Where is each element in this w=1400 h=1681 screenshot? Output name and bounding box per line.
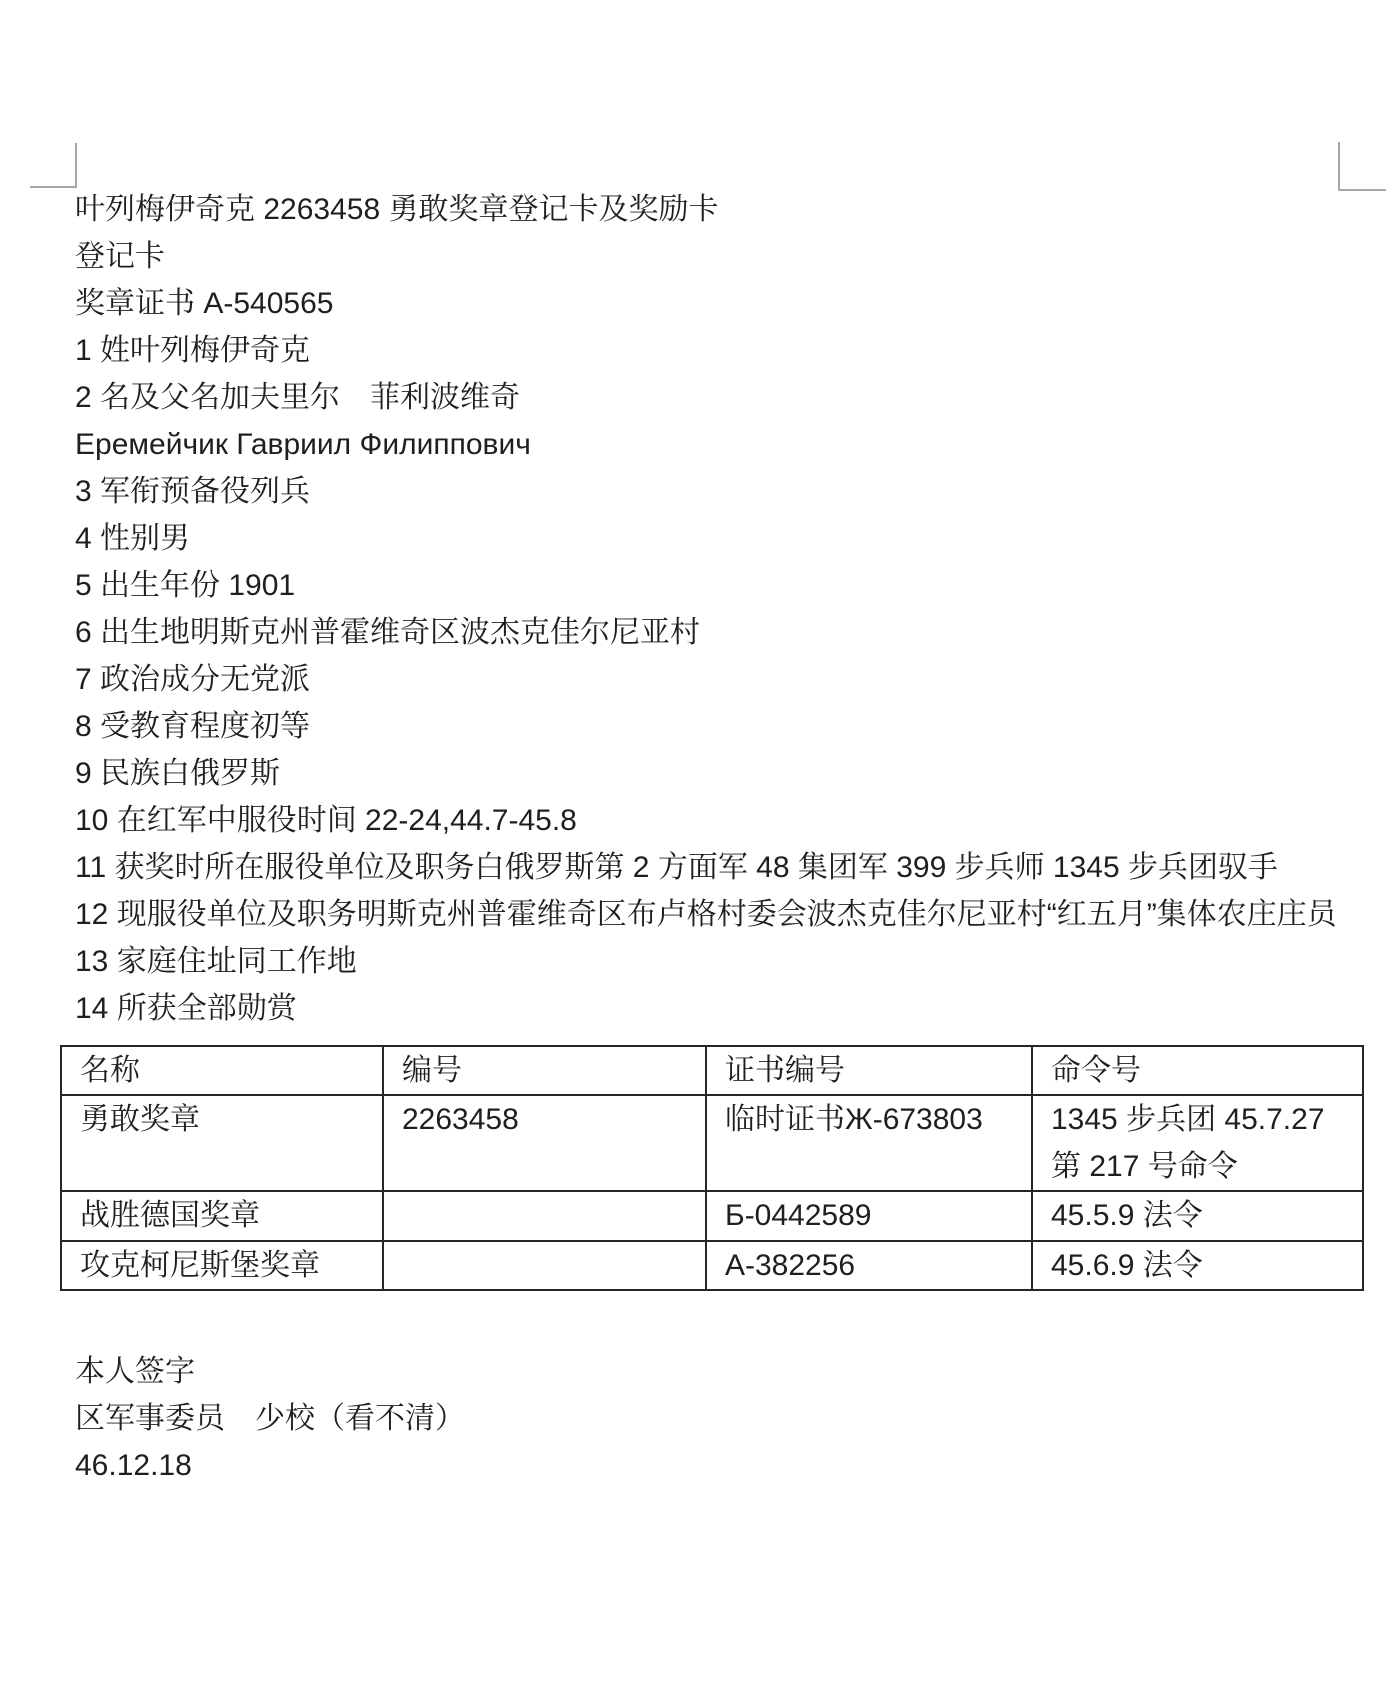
field-12-current-unit-position: 12 现服役单位及职务明斯克州普霍维奇区布卢格村委会波杰克佳尔尼亚村“红五月”集… xyxy=(75,891,1338,938)
header-award-number: 编号 xyxy=(383,1046,706,1095)
order-number-cell: 1345 步兵团 45.7.27 第 217 号命令 xyxy=(1032,1095,1363,1191)
certificate-number-cell: 临时证书Ж-673803 xyxy=(706,1095,1032,1191)
table-row-capture-of-koenigsberg: 攻克柯尼斯堡奖章 А-382256 45.6.9 法令 xyxy=(61,1241,1363,1290)
certificate-number-cell: А-382256 xyxy=(706,1241,1032,1290)
awards-table: 名称 编号 证书编号 命令号 勇敢奖章 2263458 临时证书Ж-673803… xyxy=(60,1045,1364,1291)
card-type-label: 登记卡 xyxy=(75,233,1338,280)
awards-table-header-row: 名称 编号 证书编号 命令号 xyxy=(61,1046,1363,1095)
field-9-ethnicity: 9 民族白俄罗斯 xyxy=(75,750,1338,797)
field-6-birthplace: 6 出生地明斯克州普霍维奇区波杰克佳尔尼亚村 xyxy=(75,609,1338,656)
field-4-gender: 4 性别男 xyxy=(75,515,1338,562)
award-number-cell: 2263458 xyxy=(383,1095,706,1191)
signature-label: 本人签字 xyxy=(75,1348,1338,1395)
field-11-award-unit-position: 11 获奖时所在服役单位及职务白俄罗斯第 2 方面军 48 集团军 399 步兵… xyxy=(75,844,1338,891)
commissar-line: 区军事委员 少校（看不清） xyxy=(75,1395,1338,1442)
award-name-cell: 攻克柯尼斯堡奖章 xyxy=(61,1241,383,1290)
header-order-number: 命令号 xyxy=(1032,1046,1363,1095)
field-5-birth-year: 5 出生年份 1901 xyxy=(75,562,1338,609)
page-margin-mark-top-left xyxy=(30,143,77,188)
field-10-red-army-service-time: 10 在红军中服役时间 22-24,44.7-45.8 xyxy=(75,797,1338,844)
name-russian: Еремейчик Гавриил Филиппович xyxy=(75,421,1338,468)
field-8-education: 8 受教育程度初等 xyxy=(75,703,1338,750)
header-certificate-number: 证书编号 xyxy=(706,1046,1032,1095)
field-13-home-address: 13 家庭住址同工作地 xyxy=(75,938,1338,985)
header-award-name: 名称 xyxy=(61,1046,383,1095)
award-name-cell: 战胜德国奖章 xyxy=(61,1191,383,1241)
field-1-surname: 1 姓叶列梅伊奇克 xyxy=(75,327,1338,374)
field-3-rank: 3 军衔预备役列兵 xyxy=(75,468,1338,515)
table-row-victory-over-germany: 战胜德国奖章 Б-0442589 45.5.9 法令 xyxy=(61,1191,1363,1241)
document-title: 叶列梅伊奇克 2263458 勇敢奖章登记卡及奖励卡 xyxy=(75,186,1338,233)
medal-certificate-number: 奖章证书 A-540565 xyxy=(75,280,1338,327)
order-number-cell: 45.5.9 法令 xyxy=(1032,1191,1363,1241)
date-line: 46.12.18 xyxy=(75,1442,1338,1489)
field-14-awards-heading: 14 所获全部勋赏 xyxy=(75,985,1338,1032)
page-margin-mark-top-right xyxy=(1338,142,1386,191)
field-2-name-patronymic: 2 名及父名加夫里尔 菲利波维奇 xyxy=(75,374,1338,421)
award-number-cell xyxy=(383,1241,706,1290)
order-number-cell: 45.6.9 法令 xyxy=(1032,1241,1363,1290)
table-row-medal-for-courage: 勇敢奖章 2263458 临时证书Ж-673803 1345 步兵团 45.7.… xyxy=(61,1095,1363,1191)
certificate-number-cell: Б-0442589 xyxy=(706,1191,1032,1241)
award-number-cell xyxy=(383,1191,706,1241)
signature-block: 本人签字 区军事委员 少校（看不清） 46.12.18 xyxy=(75,1348,1338,1489)
award-name-cell: 勇敢奖章 xyxy=(61,1095,383,1191)
field-7-political-affiliation: 7 政治成分无党派 xyxy=(75,656,1338,703)
document-body: 叶列梅伊奇克 2263458 勇敢奖章登记卡及奖励卡 登记卡 奖章证书 A-54… xyxy=(75,186,1338,1489)
